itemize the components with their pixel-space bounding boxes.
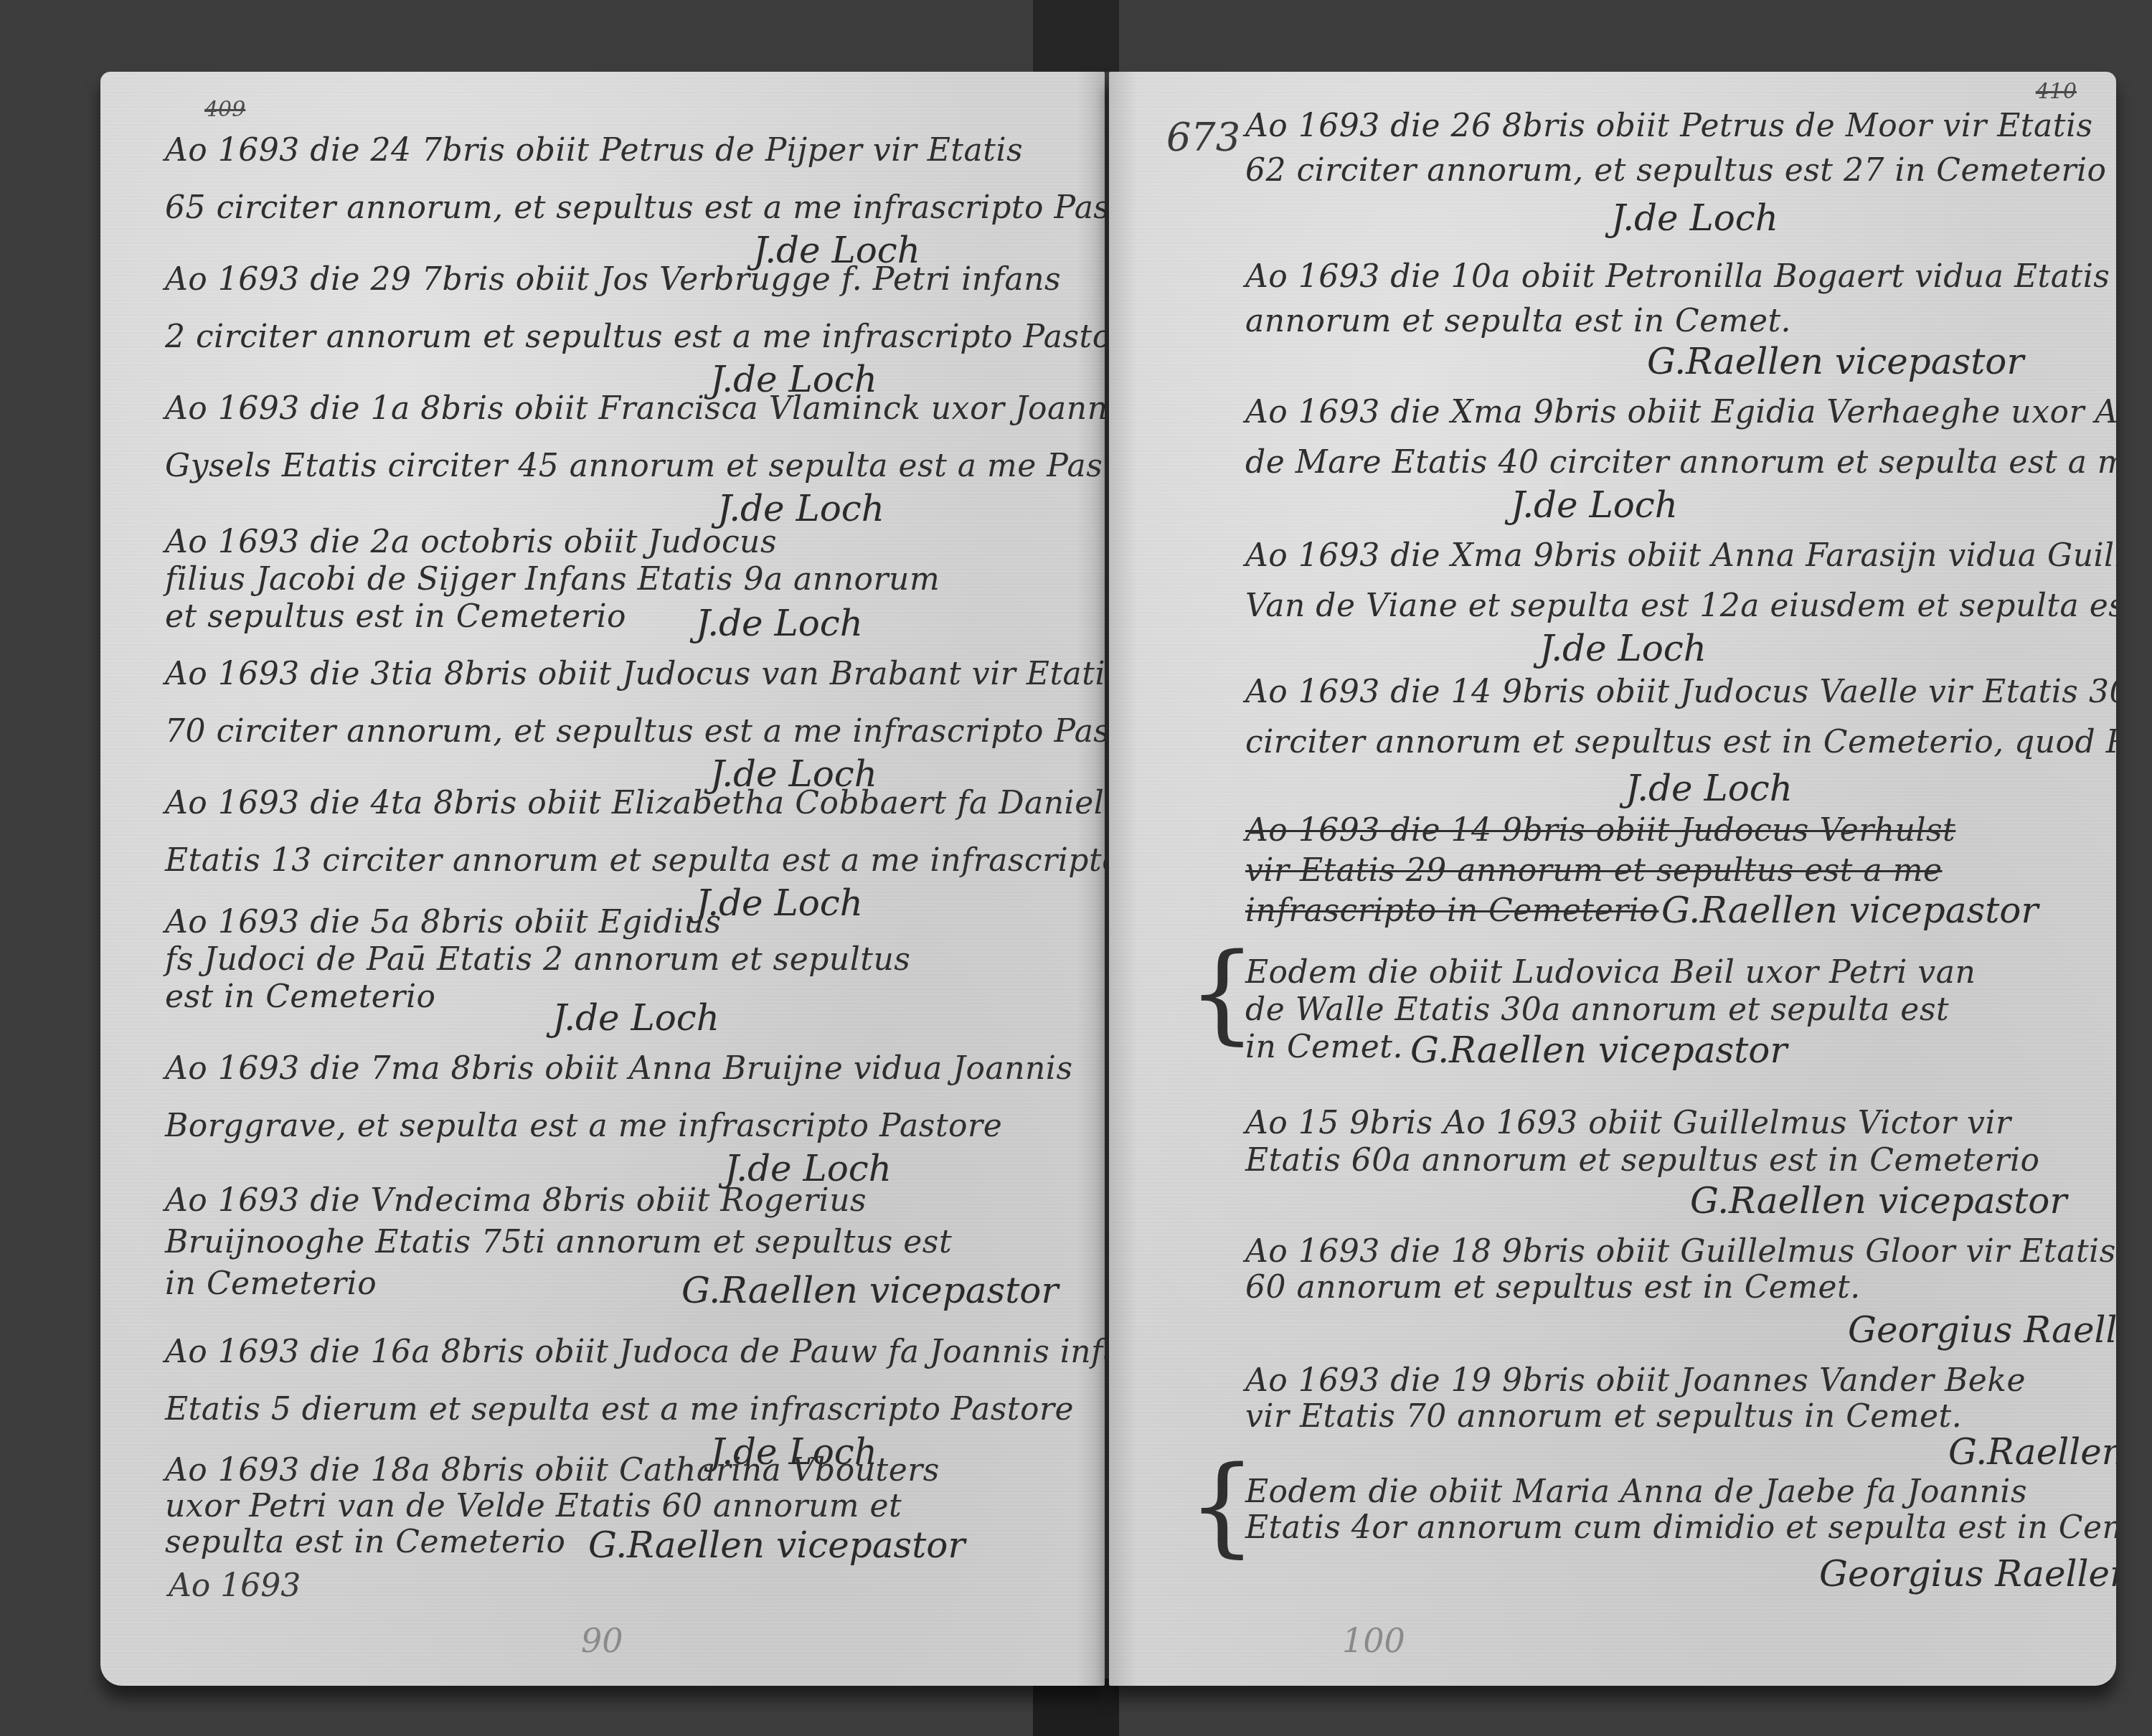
- burial-entry: Ao 1693 die Xma 9bris obiit Egidia Verha…: [1245, 387, 2116, 488]
- entry-line: Ao 1693 die 19 9bris obiit Joannes Vande…: [1245, 1363, 2116, 1399]
- entry-line: Van de Viane et sepulta est 12a eiusdem …: [1245, 581, 2116, 631]
- burial-entry: Ao 15 9bris Ao 1693 obiit Guillelmus Vic…: [1245, 1105, 2116, 1179]
- entry-line: Borggrave, et sepulta est a me infrascri…: [165, 1098, 1105, 1155]
- pastor-signature: J.de Loch: [1539, 628, 1707, 669]
- burial-entry: Ao 1693 die 5a 8bris obiit Egidius fs Ju…: [165, 904, 1105, 1016]
- book-spine-bottom: [1033, 1679, 1119, 1736]
- entry-line: Ao 15 9bris Ao 1693 obiit Guillelmus Vic…: [1245, 1105, 2116, 1142]
- entry-line: fs Judoci de Paū Etatis 2 annorum et sep…: [165, 941, 1105, 978]
- entry-line: Ao 1693 die 24 7bris obiit Petrus de Pij…: [165, 122, 1105, 179]
- burial-entry: Ao 1693 die 26 8bris obiit Petrus de Moo…: [1245, 104, 2116, 193]
- book-spine-top: [1033, 0, 1119, 72]
- pastor-signature: J.de Loch: [1611, 197, 1778, 239]
- entry-line: Ao 1693 die 10a obiit Petronilla Bogaert…: [1245, 255, 2116, 299]
- entry-line: 65 circiter annorum, et sepultus est a m…: [165, 179, 1105, 237]
- entry-line: 62 circiter annorum, et sepultus est 27 …: [1245, 148, 2116, 193]
- entry-line: Ao 1693 die 26 8bris obiit Petrus de Moo…: [1245, 104, 2116, 148]
- entry-line: Etatis 5 dierum et sepulta est a me infr…: [165, 1381, 1105, 1438]
- entry-line: Ao 1693 die 14 9bris obiit Judocus Verhu…: [1245, 811, 2116, 851]
- entry-line: vir Etatis 29 annorum et sepultus est a …: [1245, 851, 2116, 891]
- left-page: 409 Ao 1693 die 24 7bris obiit Petrus de…: [100, 72, 1105, 1686]
- pastor-signature: J.de Loch: [696, 603, 863, 644]
- burial-entry: Ao 1693 die 3tia 8bris obiit Judocus van…: [165, 646, 1105, 760]
- entry-line: Ao 1693 die 29 7bris obiit Jos Verbrugge…: [165, 251, 1105, 308]
- vicepastor-signature: G.Raellen vicepastor: [681, 1270, 1058, 1311]
- burial-entry: Ao 1693 die 18a 8bris obiit Catharina Vb…: [165, 1453, 1105, 1560]
- entry-line: Ao 1693 die 4ta 8bris obiit Elizabetha C…: [165, 775, 1105, 832]
- vicepastor-signature: G.Raellen vicepastor: [588, 1524, 965, 1566]
- vicepastor-signature: G.Raellen vicepastor: [1661, 890, 2038, 931]
- year-footer: Ao 1693: [169, 1567, 301, 1604]
- burial-entry-struck: Ao 1693 die 14 9bris obiit Judocus Verhu…: [1245, 811, 2116, 931]
- entry-line: filius Jacobi de Sijger Infans Etatis 9a…: [165, 561, 1105, 598]
- entry-line: uxor Petri van de Velde Etatis 60 annoru…: [165, 1489, 1105, 1524]
- entry-line: de Mare Etatis 40 circiter annorum et se…: [1245, 438, 2116, 488]
- entry-line: 70 circiter annorum, et sepultus est a m…: [165, 703, 1105, 760]
- entry-line: annorum et sepulta est in Cemet.: [1245, 299, 2116, 344]
- burial-entry: Ao 1693 die 4ta 8bris obiit Elizabetha C…: [165, 775, 1105, 890]
- pencil-page-number: 90: [581, 1621, 623, 1660]
- entry-line: Ao 1693 die 7ma 8bris obiit Anna Bruijne…: [165, 1040, 1105, 1098]
- entry-line: Eodem die obiit Maria Anna de Jaebe fa J…: [1245, 1474, 2116, 1510]
- entry-line: Ao 1693 die 2a octobris obiit Judocus: [165, 524, 1105, 561]
- entry-line: Eodem die obiit Ludovica Beil uxor Petri…: [1245, 954, 2116, 991]
- entry-line: Ao 1693 die Xma 9bris obiit Egidia Verha…: [1245, 387, 2116, 438]
- entry-line: Ao 1693 die 14 9bris obiit Judocus Vaell…: [1245, 667, 2116, 717]
- entry-line: Etatis 60a annorum et sepultus est in Ce…: [1245, 1142, 2116, 1179]
- entry-line: Ao 1693 die 18 9bris obiit Guillelmus Gl…: [1245, 1234, 2116, 1270]
- entry-line: Ao 1693 die 1a 8bris obiit Francisca Vla…: [165, 380, 1105, 438]
- pastor-signature: J.de Loch: [1625, 768, 1793, 809]
- burial-entry: Ao 1693 die 2a octobris obiit Judocus fi…: [165, 524, 1105, 636]
- right-page: 410 673 Ao 1693 die 26 8bris obiit Petru…: [1109, 72, 2116, 1686]
- entry-line: vir Etatis 70 annorum et sepultus in Cem…: [1245, 1399, 2116, 1435]
- margin-number: 673: [1166, 115, 1240, 160]
- entry-line: de Walle Etatis 30a annorum et sepulta e…: [1245, 991, 2116, 1029]
- burial-entry: Ao 1693 die 1a 8bris obiit Francisca Vla…: [165, 380, 1105, 495]
- burial-entry: Ao 1693 die Vndecima 8bris obiit Rogeriu…: [165, 1180, 1105, 1305]
- pencil-page-number: 100: [1342, 1621, 1405, 1660]
- entry-line: 2 circiter annorum et sepultus est a me …: [165, 308, 1105, 366]
- burial-entry: Eodem die obiit Ludovica Beil uxor Petri…: [1245, 954, 2116, 1066]
- vicepastor-signature: Georgius Raellen: [1819, 1553, 2116, 1595]
- entry-line: circiter annorum et sepultus est in Ceme…: [1245, 717, 2116, 768]
- gutter-shadow: [1109, 72, 1138, 1686]
- entry-line: Ao 1693 die 18a 8bris obiit Catharina Vb…: [165, 1453, 1105, 1489]
- burial-entry: Ao 1693 die 14 9bris obiit Judocus Vaell…: [1245, 667, 2116, 768]
- burial-entry: Ao 1693 die 10a obiit Petronilla Bogaert…: [1245, 255, 2116, 344]
- burial-entry: Eodem die obiit Maria Anna de Jaebe fa J…: [1245, 1474, 2116, 1546]
- vicepastor-signature: G.Raellen: [1948, 1431, 2116, 1473]
- entry-line: Gysels Etatis circiter 45 annorum et sep…: [165, 438, 1105, 495]
- vicepastor-signature: Georgius Raellen: [1848, 1309, 2116, 1351]
- pastor-signature: J.de Loch: [1511, 484, 1678, 526]
- entry-line: Ao 1693 die Vndecima 8bris obiit Rogeriu…: [165, 1180, 1105, 1222]
- pastor-signature: J.de Loch: [552, 997, 719, 1039]
- entry-line: Ao 1693 die 5a 8bris obiit Egidius: [165, 904, 1105, 941]
- entry-line: Ao 1693 die 16a 8bris obiit Judoca de Pa…: [165, 1324, 1105, 1381]
- entry-line: Bruijnooghe Etatis 75ti annorum et sepul…: [165, 1222, 1105, 1263]
- burial-entry: Ao 1693 die Xma 9bris obiit Anna Farasij…: [1245, 531, 2116, 631]
- burial-entry: Ao 1693 die 16a 8bris obiit Judoca de Pa…: [165, 1324, 1105, 1438]
- entry-line: Ao 1693 die 3tia 8bris obiit Judocus van…: [165, 646, 1105, 703]
- entry-line: 60 annorum et sepultus est in Cemet.: [1245, 1270, 2116, 1306]
- vicepastor-signature: G.Raellen vicepastor: [1410, 1029, 1787, 1071]
- vicepastor-signature: G.Raellen vicepastor: [1690, 1180, 2067, 1222]
- entry-line: Etatis 13 circiter annorum et sepulta es…: [165, 832, 1105, 890]
- folio-number: 410: [2036, 79, 2077, 104]
- burial-entry: Ao 1693 die 24 7bris obiit Petrus de Pij…: [165, 122, 1105, 237]
- entry-line: Ao 1693 die Xma 9bris obiit Anna Farasij…: [1245, 531, 2116, 581]
- burial-entry: Ao 1693 die 29 7bris obiit Jos Verbrugge…: [165, 251, 1105, 366]
- burial-entry: Ao 1693 die 19 9bris obiit Joannes Vande…: [1245, 1363, 2116, 1435]
- entry-line: et sepultus est in Cemeterio: [165, 598, 1105, 636]
- folio-number: 409: [204, 97, 245, 122]
- burial-entry: Ao 1693 die 7ma 8bris obiit Anna Bruijne…: [165, 1040, 1105, 1155]
- entry-line: Etatis 4or annorum cum dimidio et sepult…: [1245, 1510, 2116, 1546]
- vicepastor-signature: G.Raellen vicepastor: [1647, 341, 2024, 382]
- burial-entry: Ao 1693 die 18 9bris obiit Guillelmus Gl…: [1245, 1234, 2116, 1306]
